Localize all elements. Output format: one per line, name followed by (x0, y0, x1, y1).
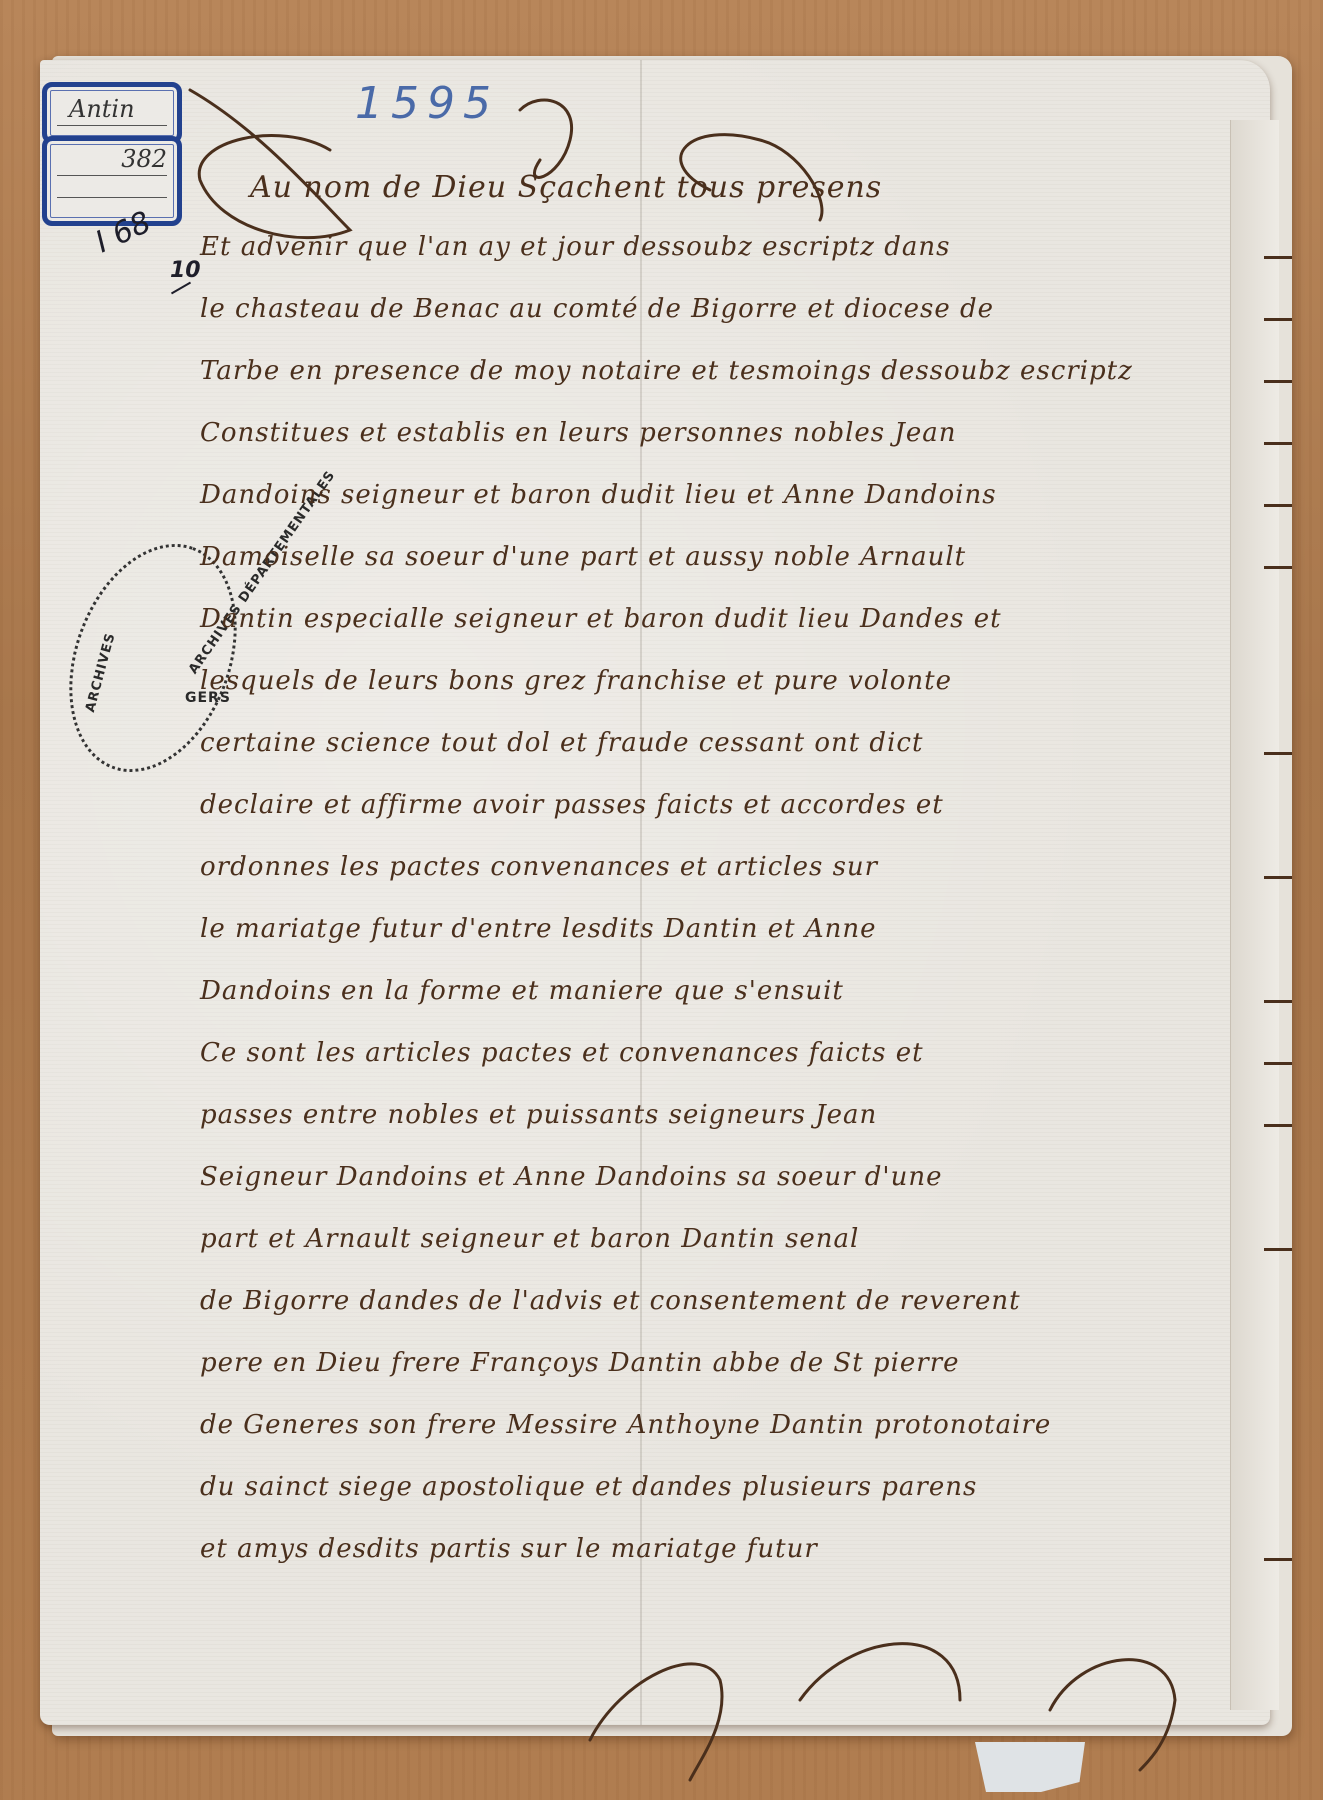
line-text: pere en Dieu frere Françoys Dantin abbe … (200, 1348, 960, 1378)
text-line: le chasteau de Benac au comté de Bigorre… (200, 294, 1240, 356)
line-text: certaine science tout dol et fraude cess… (200, 728, 923, 758)
text-line: Constitues et establis en leurs personne… (200, 418, 1240, 480)
line-text: Dandoins seigneur et baron dudit lieu et… (200, 480, 997, 510)
line-text: du sainct siege apostolique et dandes pl… (200, 1472, 977, 1502)
text-line: du sainct siege apostolique et dandes pl… (200, 1472, 1240, 1534)
line-text: de Bigorre dandes de l'advis et consente… (200, 1286, 1021, 1316)
text-line: Ce sont les articles pactes et convenanc… (200, 1038, 1240, 1100)
text-line: le mariatge futur d'entre lesdits Dantin… (200, 914, 1240, 976)
text-line: de Generes son frere Messire Anthoyne Da… (200, 1410, 1240, 1472)
text-line: pere en Dieu frere Françoys Dantin abbe … (200, 1348, 1240, 1410)
line-text: Damoiselle sa soeur d'une part et aussy … (200, 542, 966, 572)
line-filler-dash (1264, 504, 1292, 507)
line-text: Et advenir que l'an ay et jour dessoubz … (200, 232, 950, 262)
line-text: lesquels de leurs bons grez franchise et… (200, 666, 952, 696)
text-line: lesquels de leurs bons grez franchise et… (200, 666, 1240, 728)
line-text: passes entre nobles et puissants seigneu… (200, 1100, 877, 1130)
line-filler-dash (1264, 876, 1292, 879)
text-line: Dandoins en la forme et maniere que s'en… (200, 976, 1240, 1038)
manuscript-text: Au nom de Dieu Sçachent tous presens Et … (200, 170, 1240, 1596)
bottom-flourish-3 (1050, 1660, 1175, 1770)
line-text: Dandoins en la forme et maniere que s'en… (200, 976, 844, 1006)
line-text: Tarbe en presence de moy notaire et tesm… (200, 356, 1133, 386)
text-line: Dandoins seigneur et baron dudit lieu et… (200, 480, 1240, 542)
line-filler-dash (1264, 1558, 1292, 1561)
text-line: certaine science tout dol et fraude cess… (200, 728, 1240, 790)
text-line: Au nom de Dieu Sçachent tous presens (200, 170, 1240, 232)
line-text: de Generes son frere Messire Anthoyne Da… (200, 1410, 1051, 1440)
line-text: Seigneur Dandoins et Anne Dandoins sa so… (200, 1162, 942, 1192)
line-text: ordonnes les pactes convenances et artic… (200, 852, 878, 882)
text-line: declaire et affirme avoir passes faicts … (200, 790, 1240, 852)
text-line: de Bigorre dandes de l'advis et consente… (200, 1286, 1240, 1348)
line-filler-dash (1264, 256, 1292, 259)
line-text: et amys desdits partis sur le mariatge f… (200, 1534, 818, 1564)
text-line: et amys desdits partis sur le mariatge f… (200, 1534, 1240, 1596)
line-filler-dash (1264, 380, 1292, 383)
line-filler-dash (1264, 1248, 1292, 1251)
initial-B-flourish (520, 100, 572, 177)
text-line: Seigneur Dandoins et Anne Dandoins sa so… (200, 1162, 1240, 1224)
line-filler-dash (1264, 318, 1292, 321)
bottom-flourish-1 (590, 1664, 722, 1780)
text-line: Et advenir que l'an ay et jour dessoubz … (200, 232, 1240, 294)
line-filler-dash (1264, 1062, 1292, 1065)
line-text: part et Arnault seigneur et baron Dantin… (200, 1224, 859, 1254)
line-filler-dash (1264, 442, 1292, 445)
line-text: le chasteau de Benac au comté de Bigorre… (200, 294, 994, 324)
line-text: Constitues et establis en leurs personne… (200, 418, 956, 448)
line-filler-dash (1264, 1000, 1292, 1003)
text-line: Tarbe en presence de moy notaire et tesm… (200, 356, 1240, 418)
text-line: Damoiselle sa soeur d'une part et aussy … (200, 542, 1240, 604)
text-line: passes entre nobles et puissants seigneu… (200, 1100, 1240, 1162)
line-filler-dash (1264, 566, 1292, 569)
line-text: Ce sont les articles pactes et convenanc… (200, 1038, 924, 1068)
text-line: part et Arnault seigneur et baron Dantin… (200, 1224, 1240, 1286)
bottom-flourish-2 (800, 1644, 960, 1700)
line-text: Au nom de Dieu Sçachent tous presens (250, 170, 882, 205)
line-filler-dash (1264, 1124, 1292, 1127)
text-line: Dantin especialle seigneur et baron dudi… (200, 604, 1240, 666)
line-filler-dash (1264, 752, 1292, 755)
line-text: le mariatge futur d'entre lesdits Dantin… (200, 914, 877, 944)
line-text: Dantin especialle seigneur et baron dudi… (200, 604, 1002, 634)
line-text: declaire et affirme avoir passes faicts … (200, 790, 944, 820)
text-line: ordonnes les pactes convenances et artic… (200, 852, 1240, 914)
